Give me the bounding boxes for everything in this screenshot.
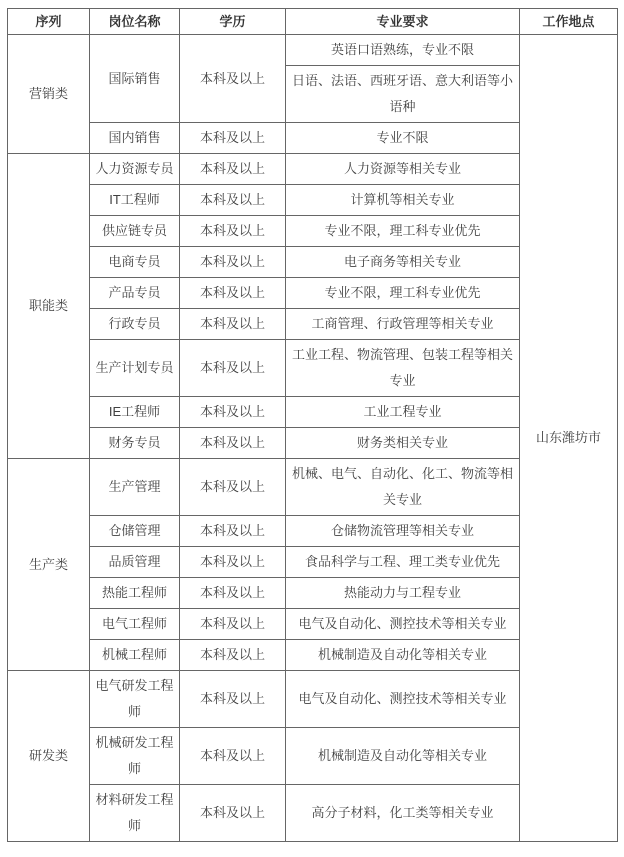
education-cell: 本科及以上 (180, 309, 286, 340)
education-cell: 本科及以上 (180, 785, 286, 842)
requirement-cell: 计算机等相关专业 (286, 185, 520, 216)
position-name-cell: 仓储管理 (90, 516, 180, 547)
education-cell: 本科及以上 (180, 578, 286, 609)
education-cell: 本科及以上 (180, 340, 286, 397)
header-education: 学历 (180, 9, 286, 35)
header-row: 序列 岗位名称 学历 专业要求 工作地点 (8, 9, 618, 35)
education-cell: 本科及以上 (180, 640, 286, 671)
requirement-cell: 电气及自动化、测控技术等相关专业 (286, 671, 520, 728)
position-name-cell: 财务专员 (90, 428, 180, 459)
position-name-cell: 材料研发工程师 (90, 785, 180, 842)
position-name-cell: 机械研发工程师 (90, 728, 180, 785)
position-name-cell: IT工程师 (90, 185, 180, 216)
requirement-cell: 专业不限，理工科专业优先 (286, 278, 520, 309)
education-cell: 本科及以上 (180, 459, 286, 516)
education-cell: 本科及以上 (180, 428, 286, 459)
education-cell: 本科及以上 (180, 185, 286, 216)
requirement-cell: 专业不限 (286, 123, 520, 154)
table-row: 营销类国际销售本科及以上英语口语熟练，专业不限山东潍坊市 (8, 35, 618, 66)
header-work-location: 工作地点 (520, 9, 618, 35)
category-cell: 研发类 (8, 671, 90, 842)
requirement-cell: 专业不限，理工科专业优先 (286, 216, 520, 247)
position-name-cell: 国内销售 (90, 123, 180, 154)
header-position-name: 岗位名称 (90, 9, 180, 35)
page: 序列 岗位名称 学历 专业要求 工作地点 营销类国际销售本科及以上英语口语熟练，… (0, 0, 624, 857)
position-name-cell: 电商专员 (90, 247, 180, 278)
position-name-cell: 行政专员 (90, 309, 180, 340)
education-cell: 本科及以上 (180, 154, 286, 185)
location-cell: 山东潍坊市 (520, 35, 618, 842)
education-cell: 本科及以上 (180, 216, 286, 247)
position-name-cell: 机械工程师 (90, 640, 180, 671)
position-name-cell: 品质管理 (90, 547, 180, 578)
education-cell: 本科及以上 (180, 728, 286, 785)
header-major-requirement: 专业要求 (286, 9, 520, 35)
table-body: 营销类国际销售本科及以上英语口语熟练，专业不限山东潍坊市日语、法语、西班牙语、意… (8, 35, 618, 842)
requirement-cell: 热能动力与工程专业 (286, 578, 520, 609)
education-cell: 本科及以上 (180, 35, 286, 123)
job-positions-table: 序列 岗位名称 学历 专业要求 工作地点 营销类国际销售本科及以上英语口语熟练，… (7, 8, 618, 842)
education-cell: 本科及以上 (180, 247, 286, 278)
requirement-cell: 机械制造及自动化等相关专业 (286, 640, 520, 671)
position-name-cell: 生产管理 (90, 459, 180, 516)
education-cell: 本科及以上 (180, 278, 286, 309)
education-cell: 本科及以上 (180, 671, 286, 728)
education-cell: 本科及以上 (180, 516, 286, 547)
position-name-cell: 热能工程师 (90, 578, 180, 609)
position-name-cell: 电气研发工程师 (90, 671, 180, 728)
requirement-cell: 仓储物流管理等相关专业 (286, 516, 520, 547)
requirement-cell: 机械制造及自动化等相关专业 (286, 728, 520, 785)
requirement-cell: 工业工程专业 (286, 397, 520, 428)
header-sequence: 序列 (8, 9, 90, 35)
position-name-cell: 供应链专员 (90, 216, 180, 247)
education-cell: 本科及以上 (180, 397, 286, 428)
position-name-cell: 产品专员 (90, 278, 180, 309)
education-cell: 本科及以上 (180, 609, 286, 640)
position-name-cell: 人力资源专员 (90, 154, 180, 185)
requirement-cell: 工业工程、物流管理、包装工程等相关专业 (286, 340, 520, 397)
requirement-cell: 高分子材料，化工类等相关专业 (286, 785, 520, 842)
requirement-cell: 工商管理、行政管理等相关专业 (286, 309, 520, 340)
position-name-cell: 生产计划专员 (90, 340, 180, 397)
requirement-cell: 日语、法语、西班牙语、意大利语等小语种 (286, 66, 520, 123)
requirement-cell: 机械、电气、自动化、化工、物流等相关专业 (286, 459, 520, 516)
requirement-cell: 财务类相关专业 (286, 428, 520, 459)
position-name-cell: 国际销售 (90, 35, 180, 123)
category-cell: 营销类 (8, 35, 90, 154)
category-cell: 职能类 (8, 154, 90, 459)
requirement-cell: 人力资源等相关专业 (286, 154, 520, 185)
requirement-cell: 英语口语熟练，专业不限 (286, 35, 520, 66)
category-cell: 生产类 (8, 459, 90, 671)
requirement-cell: 电气及自动化、测控技术等相关专业 (286, 609, 520, 640)
position-name-cell: IE工程师 (90, 397, 180, 428)
requirement-cell: 电子商务等相关专业 (286, 247, 520, 278)
education-cell: 本科及以上 (180, 547, 286, 578)
position-name-cell: 电气工程师 (90, 609, 180, 640)
education-cell: 本科及以上 (180, 123, 286, 154)
requirement-cell: 食品科学与工程、理工类专业优先 (286, 547, 520, 578)
